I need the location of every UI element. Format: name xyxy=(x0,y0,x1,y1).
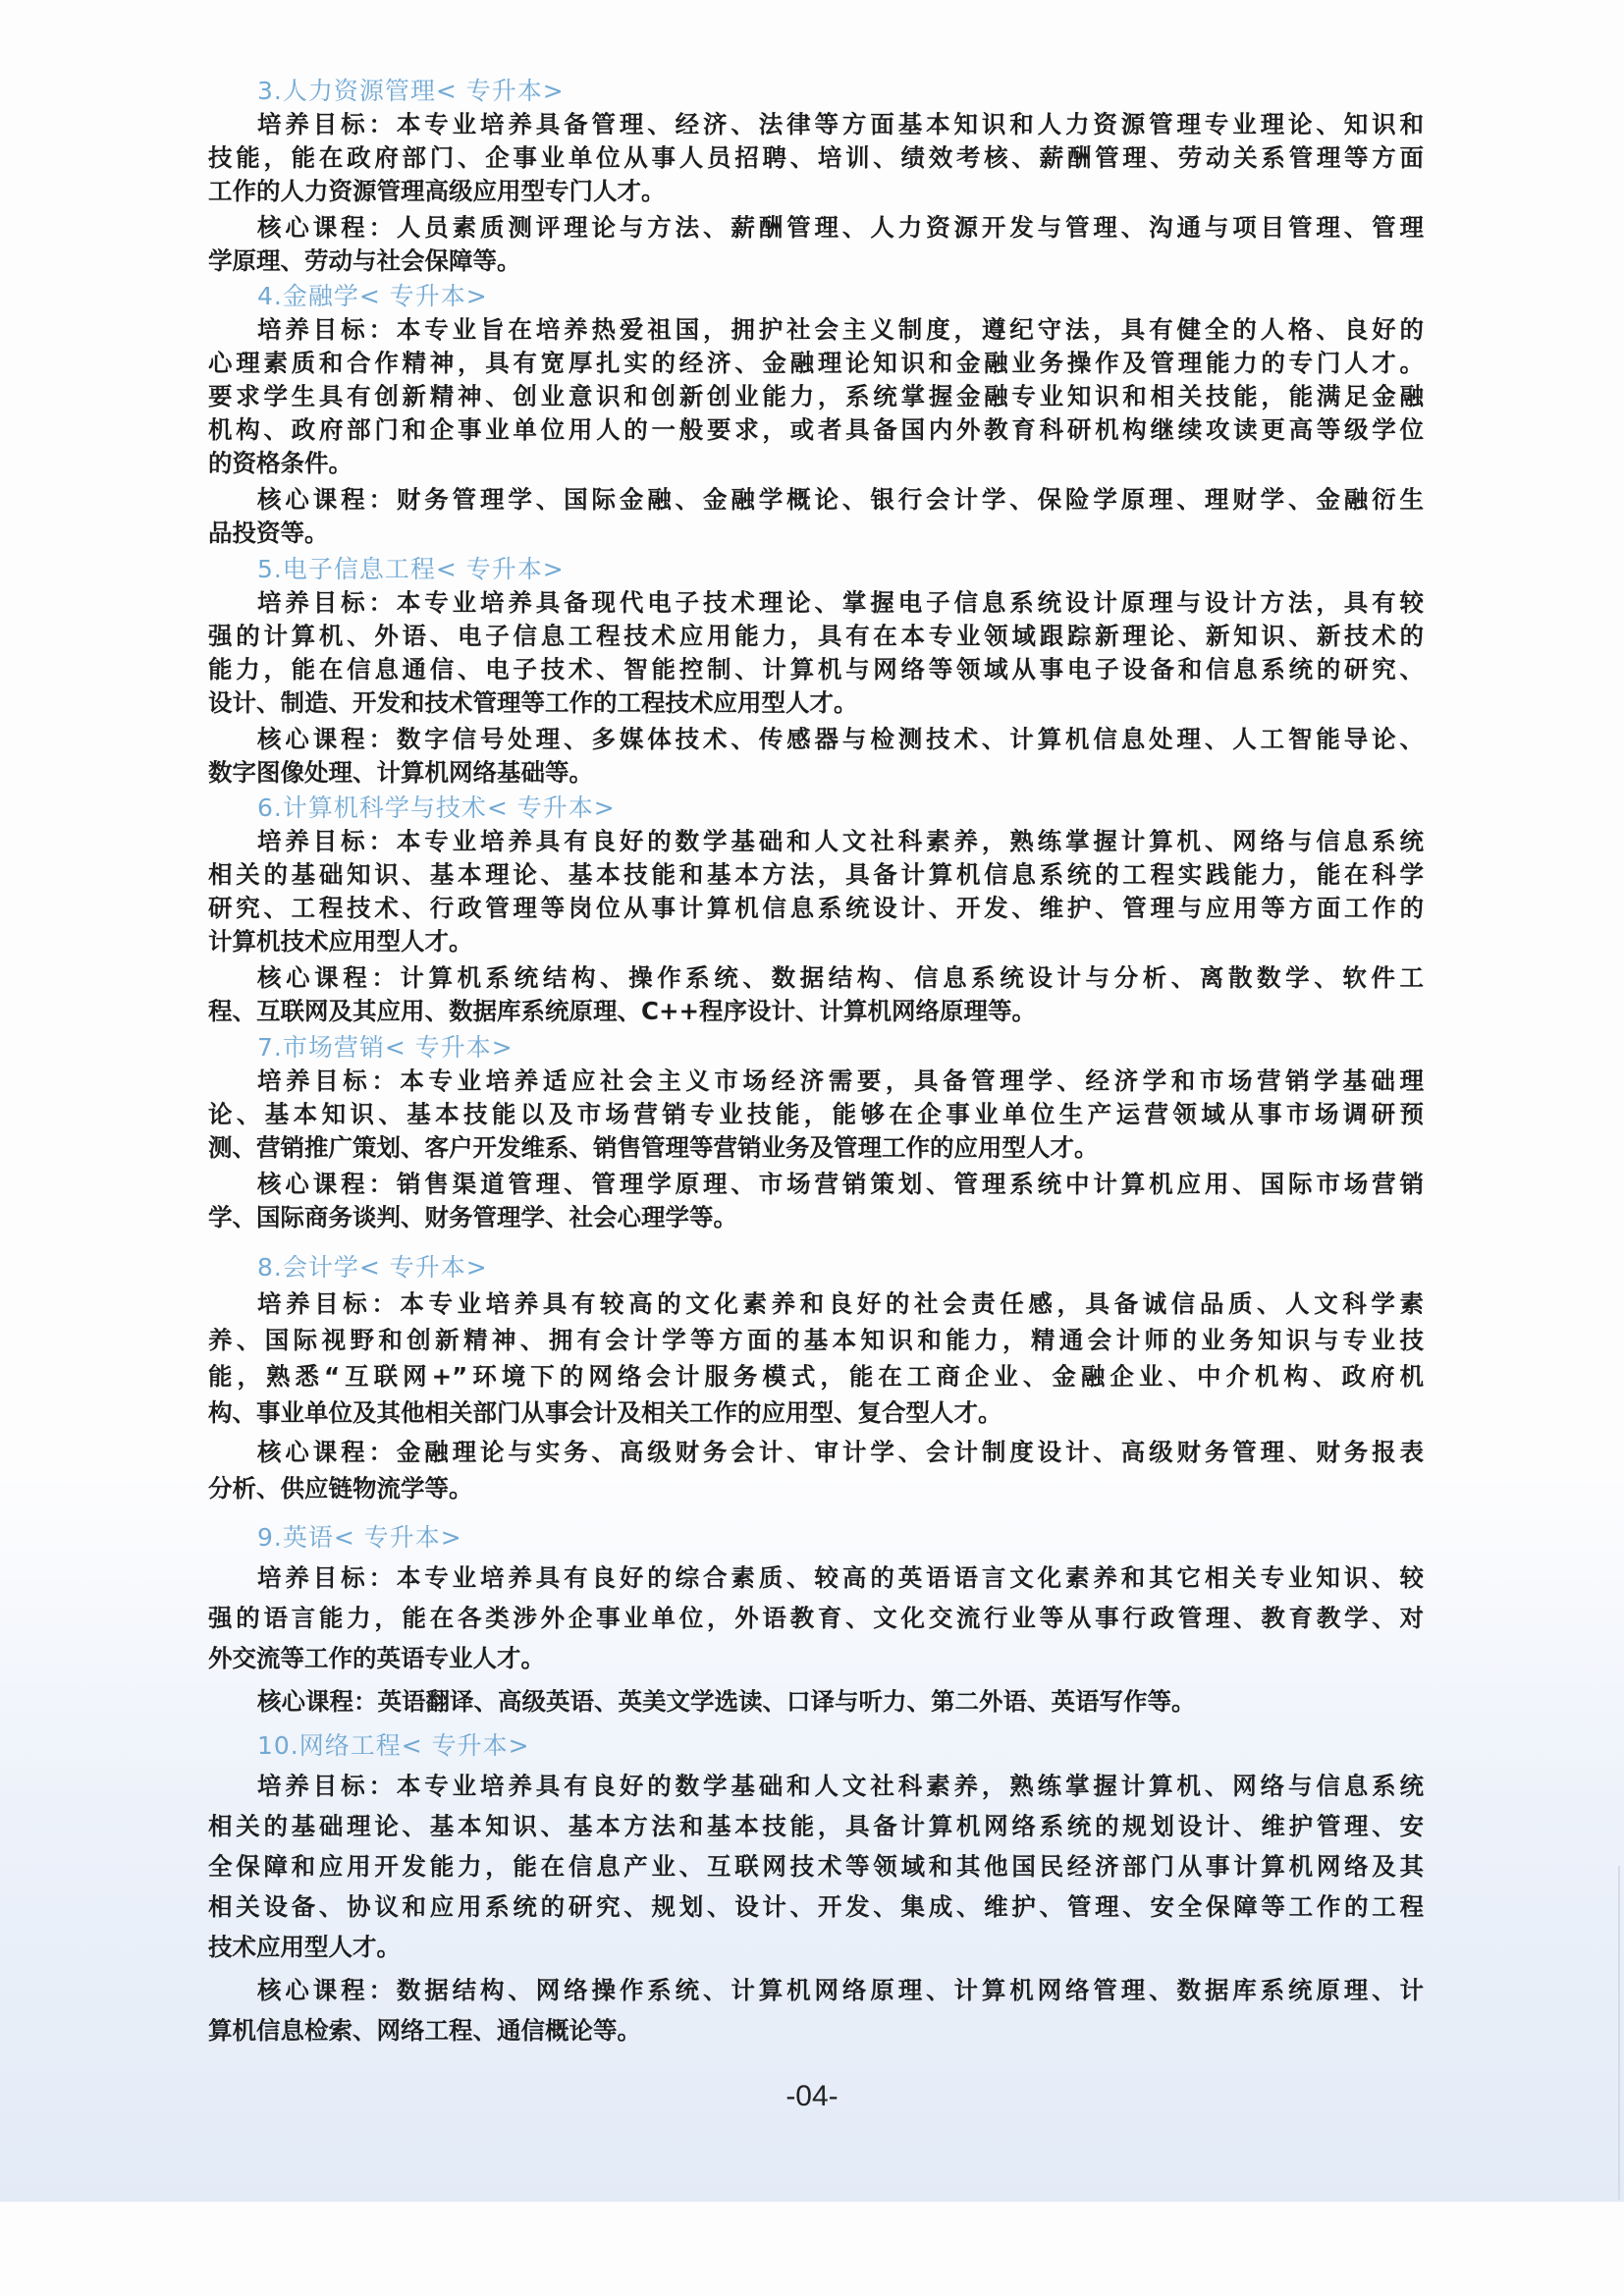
course-line: 核心课程：财务管理学、国际金融、金融学概论、银行会计学、保险学原理、理财学、金融… xyxy=(208,483,1424,517)
goal-line: 培养目标：本专业培养具备管理、经济、法律等方面基本知识和人力资源管理专业理论、知… xyxy=(208,108,1424,141)
course-line: 程、互联网及其应用、数据库系统原理、C++程序设计、计算机网络原理等。 xyxy=(208,995,1424,1028)
section-heading: 7.市场营销< 专升本> xyxy=(208,1031,1426,1065)
section-heading: 5.电子信息工程< 专升本> xyxy=(208,553,1426,586)
goal-line: 研究、工程技术、行政管理等岗位从事计算机信息系统设计、开发、维护、管理与应用等方… xyxy=(208,892,1424,925)
goal-line: 心理素质和合作精神，具有宽厚扎实的经济、金融理论知识和金融业务操作及管理能力的专… xyxy=(208,347,1424,380)
goal-line: 培养目标：本专业培养具有较高的文化素养和良好的社会责任感，具备诚信品质、人文科学… xyxy=(208,1285,1424,1322)
major-section-marketing: 7.市场营销< 专升本> 培养目标：本专业培养适应社会主义市场经济需要，具备管理… xyxy=(208,1031,1426,1234)
course-line: 分析、供应链物流学等。 xyxy=(208,1470,1424,1506)
goal-line: 培养目标：本专业培养具有良好的数学基础和人文社科素养，熟练掌握计算机、网络与信息… xyxy=(208,1766,1424,1806)
course-line: 核心课程：英语翻译、高级英语、英美文学选读、口译与听力、第二外语、英语写作等。 xyxy=(208,1681,1424,1722)
goal-line: 设计、制造、开发和技术管理等工作的工程技术应用型人才。 xyxy=(208,686,1424,720)
goal-line: 培养目标：本专业培养具备现代电子技术理论、掌握电子信息系统设计原理与设计方法，具… xyxy=(208,586,1424,620)
course-line: 算机信息检索、网络工程、通信概论等。 xyxy=(208,2010,1424,2050)
goal-line: 测、营销推广策划、客户开发维系、销售管理等营销业务及管理工作的应用型人才。 xyxy=(208,1131,1424,1165)
section-heading: 3.人力资源管理< 专升本> xyxy=(208,75,1426,108)
major-section-electronic-info: 5.电子信息工程< 专升本> 培养目标：本专业培养具备现代电子技术理论、掌握电子… xyxy=(208,553,1426,790)
course-line: 学、国际商务谈判、财务管理学、社会心理学等。 xyxy=(208,1201,1424,1234)
major-section-computer-science: 6.计算机科学与技术< 专升本> 培养目标：本专业培养具有良好的数学基础和人文社… xyxy=(208,792,1426,1028)
major-section-hr: 3.人力资源管理< 专升本> 培养目标：本专业培养具备管理、经济、法律等方面基本… xyxy=(208,75,1426,278)
goal-line: 强的语言能力，能在各类涉外企事业单位，外语教育、文化交流行业等从事行政管理、教育… xyxy=(208,1598,1424,1638)
goal-line: 相关设备、协议和应用系统的研究、规划、设计、开发、集成、维护、管理、安全保障等工… xyxy=(208,1886,1424,1927)
section-heading: 9.英语< 专升本> xyxy=(208,1517,1426,1558)
major-section-network-engineering: 10.网络工程< 专升本> 培养目标：本专业培养具有良好的数学基础和人文社科素养… xyxy=(208,1725,1426,2050)
course-line: 核心课程：计算机系统结构、操作系统、数据结构、信息系统设计与分析、离散数学、软件… xyxy=(208,961,1424,995)
goal-line: 强的计算机、外语、电子信息工程技术应用能力，具有在本专业领域跟踪新理论、新知识、… xyxy=(208,620,1424,653)
goal-line: 全保障和应用开发能力，能在信息产业、互联网技术等领域和其他国民经济部门从事计算机… xyxy=(208,1846,1424,1886)
section-heading: 4.金融学< 专升本> xyxy=(208,280,1426,313)
goal-line: 构、事业单位及其他相关部门从事会计及相关工作的应用型、复合型人才。 xyxy=(208,1394,1424,1431)
goal-line: 的资格条件。 xyxy=(208,447,1424,480)
section-heading: 6.计算机科学与技术< 专升本> xyxy=(208,792,1426,825)
course-line: 数字图像处理、计算机网络基础等。 xyxy=(208,756,1424,790)
major-section-english: 9.英语< 专升本> 培养目标：本专业培养具有良好的综合素质、较高的英语语言文化… xyxy=(208,1517,1426,1722)
bottom-margin xyxy=(0,2202,1624,2296)
page-edge-line xyxy=(1618,1866,1620,2200)
major-section-accounting: 8.会计学< 专升本> 培养目标：本专业培养具有较高的文化素养和良好的社会责任感… xyxy=(208,1249,1426,1506)
goal-line: 培养目标：本专业培养具有良好的数学基础和人文社科素养，熟练掌握计算机、网络与信息… xyxy=(208,825,1424,858)
goal-line: 培养目标：本专业培养适应社会主义市场经济需要，具备管理学、经济学和市场营销学基础… xyxy=(208,1065,1424,1098)
section-heading: 10.网络工程< 专升本> xyxy=(208,1725,1426,1766)
page-number: -04- xyxy=(0,2080,1624,2113)
course-line: 核心课程：人员素质测评理论与方法、薪酬管理、人力资源开发与管理、沟通与项目管理、… xyxy=(208,211,1424,245)
goal-line: 技术应用型人才。 xyxy=(208,1927,1424,1967)
course-line: 核心课程：销售渠道管理、管理学原理、市场营销策划、管理系统中计算机应用、国际市场… xyxy=(208,1168,1424,1201)
course-line: 学原理、劳动与社会保障等。 xyxy=(208,245,1424,278)
goal-line: 外交流等工作的英语专业人才。 xyxy=(208,1638,1424,1678)
course-line: 核心课程：数据结构、网络操作系统、计算机网络原理、计算机网络管理、数据库系统原理… xyxy=(208,1970,1424,2010)
goal-line: 培养目标：本专业培养具有良好的综合素质、较高的英语语言文化素养和其它相关专业知识… xyxy=(208,1558,1424,1598)
goal-line: 论、基本知识、基本技能以及市场营销专业技能，能够在企事业单位生产运营领域从事市场… xyxy=(208,1098,1424,1131)
goal-line: 养、国际视野和创新精神、拥有会计学等方面的基本知识和能力，精通会计师的业务知识与… xyxy=(208,1322,1424,1358)
major-section-finance: 4.金融学< 专升本> 培养目标：本专业旨在培养热爱祖国，拥护社会主义制度，遵纪… xyxy=(208,280,1426,550)
goal-line: 计算机技术应用型人才。 xyxy=(208,925,1424,958)
course-line: 核心课程：金融理论与实务、高级财务会计、审计学、会计制度设计、高级财务管理、财务… xyxy=(208,1434,1424,1470)
goal-line: 技能，能在政府部门、企事业单位从事人员招聘、培训、绩效考核、薪酬管理、劳动关系管… xyxy=(208,141,1424,175)
goal-line: 机构、政府部门和企事业单位用人的一般要求，或者具备国内外教育科研机构继续攻读更高… xyxy=(208,413,1424,447)
goal-line: 能，熟悉“互联网+”环境下的网络会计服务模式，能在工商企业、金融企业、中介机构、… xyxy=(208,1358,1424,1394)
goal-line: 工作的人力资源管理高级应用型专门人才。 xyxy=(208,175,1424,208)
goal-line: 能力，能在信息通信、电子技术、智能控制、计算机与网络等领域从事电子设备和信息系统… xyxy=(208,653,1424,686)
course-line: 品投资等。 xyxy=(208,517,1424,550)
goal-line: 相关的基础知识、基本理论、基本技能和基本方法，具备计算机信息系统的工程实践能力，… xyxy=(208,858,1424,892)
goal-line: 要求学生具有创新精神、创业意识和创新创业能力，系统掌握金融专业知识和相关技能，能… xyxy=(208,380,1424,413)
goal-line: 相关的基础理论、基本知识、基本方法和基本技能，具备计算机网络系统的规划设计、维护… xyxy=(208,1806,1424,1846)
goal-line: 培养目标：本专业旨在培养热爱祖国，拥护社会主义制度，遵纪守法，具有健全的人格、良… xyxy=(208,313,1424,347)
course-line: 核心课程：数字信号处理、多媒体技术、传感器与检测技术、计算机信息处理、人工智能导… xyxy=(208,723,1424,756)
section-heading: 8.会计学< 专升本> xyxy=(208,1249,1426,1285)
